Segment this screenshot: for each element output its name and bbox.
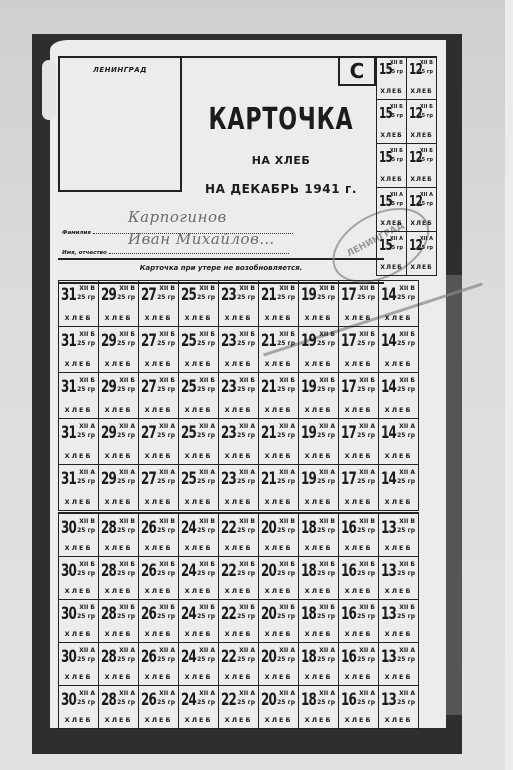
coupon-product: ХЛЕБ xyxy=(59,544,98,552)
coupon-weight: 25 гр xyxy=(77,478,95,485)
coupon-series: XII Б xyxy=(159,561,175,568)
coupon-weight: 25 гр xyxy=(418,113,433,119)
coupon-weight: 25 гр xyxy=(117,340,135,347)
coupon-series: XII Б xyxy=(319,331,335,338)
coupon-product: ХЛЕБ xyxy=(219,314,258,322)
coupon-day: 23 xyxy=(221,423,236,443)
coupon-weight: 25 гр xyxy=(237,340,255,347)
coupon-day: 25 xyxy=(181,377,196,397)
coupon-series: XII В xyxy=(319,285,335,292)
coupon-product: ХЛЕБ xyxy=(339,498,378,506)
coupon-series: XII А xyxy=(79,423,95,430)
coupon-day: 21 xyxy=(261,377,276,397)
coupon-day: 23 xyxy=(221,469,236,489)
coupon-day: 18 xyxy=(301,604,316,624)
coupon-product: ХЛЕБ xyxy=(379,630,418,638)
bread-coupon: 20XII А25 грХЛЕБ xyxy=(259,686,299,729)
coupon-series: XII Б xyxy=(390,148,403,154)
coupon-weight: 25 гр xyxy=(77,340,95,347)
coupon-series: XII Б xyxy=(119,331,135,338)
coupon-product: ХЛЕБ xyxy=(339,406,378,414)
coupon-day: 31 xyxy=(61,285,76,305)
coupon-product: ХЛЕБ xyxy=(139,406,178,414)
coupon-weight: 25 гр xyxy=(197,613,215,620)
bread-coupon: 15XII А25 грХЛЕБ xyxy=(377,188,407,232)
coupon-weight: 25 гр xyxy=(237,294,255,301)
coupon-product: ХЛЕБ xyxy=(179,314,218,322)
coupon-series: XII А xyxy=(199,469,215,476)
coupon-series: XII А xyxy=(420,192,433,198)
coupon-product: ХЛЕБ xyxy=(179,406,218,414)
coupon-series: XII Б xyxy=(79,604,95,611)
coupon-weight: 25 гр xyxy=(317,386,335,393)
coupon-day: 28 xyxy=(101,604,116,624)
coupon-series: XII А xyxy=(199,423,215,430)
coupon-series: XII А xyxy=(359,690,375,697)
coupon-series: XII А xyxy=(159,690,175,697)
coupon-series: XII Б xyxy=(359,331,375,338)
coupon-series: XII А xyxy=(399,690,415,697)
coupon-day: 13 xyxy=(381,690,396,710)
coupon-weight: 25 гр xyxy=(357,386,375,393)
coupon-day: 22 xyxy=(221,561,236,581)
coupon-series: XII В xyxy=(159,285,175,292)
coupon-weight: 25 гр xyxy=(197,386,215,393)
name-label: Имя, отчество xyxy=(62,250,107,256)
coupon-weight: 25 гр xyxy=(277,432,295,439)
bread-coupon: 29XII А25 грХЛЕБ xyxy=(99,465,139,511)
coupon-product: ХЛЕБ xyxy=(179,630,218,638)
coupon-series: XII Б xyxy=(390,104,403,110)
coupon-weight: 25 гр xyxy=(157,699,175,706)
coupon-product: ХЛЕБ xyxy=(379,314,418,322)
coupon-product: ХЛЕБ xyxy=(379,406,418,414)
coupon-series: XII А xyxy=(239,647,255,654)
coupon-product: ХЛЕБ xyxy=(259,314,298,322)
coupon-day: 29 xyxy=(101,423,116,443)
coupon-series: XII А xyxy=(319,690,335,697)
coupon-product: ХЛЕБ xyxy=(139,716,178,724)
coupon-day: 24 xyxy=(181,690,196,710)
coupon-series: XII А xyxy=(399,469,415,476)
coupon-product: ХЛЕБ xyxy=(219,587,258,595)
coupon-day: 26 xyxy=(141,518,156,538)
coupon-day: 22 xyxy=(221,647,236,667)
bread-coupon: 19XII В25 грХЛЕБ xyxy=(299,281,339,327)
coupon-weight: 25 гр xyxy=(357,478,375,485)
coupon-product: ХЛЕБ xyxy=(139,360,178,368)
coupon-series: XII А xyxy=(79,647,95,654)
coupon-product: ХЛЕБ xyxy=(59,630,98,638)
coupon-day: 20 xyxy=(261,518,276,538)
coupon-product: ХЛЕБ xyxy=(59,498,98,506)
coupon-day: 16 xyxy=(341,561,356,581)
bread-coupon: 24XII В25 грХЛЕБ xyxy=(179,514,219,557)
bread-coupon: 14XII В25 грХЛЕБ xyxy=(379,281,419,327)
coupon-series: XII Б xyxy=(199,377,215,384)
coupon-product: ХЛЕБ xyxy=(219,716,258,724)
coupon-series: XII Б xyxy=(399,331,415,338)
bread-coupon: 31XII В25 грХЛЕБ xyxy=(59,281,99,327)
coupon-product: ХЛЕБ xyxy=(139,630,178,638)
bread-coupon: 16XII В25 грХЛЕБ xyxy=(339,514,379,557)
coupon-weight: 25 гр xyxy=(317,699,335,706)
coupon-product: ХЛЕБ xyxy=(99,498,138,506)
coupon-day: 26 xyxy=(141,604,156,624)
coupon-weight: 25 гр xyxy=(397,527,415,534)
coupon-series: XII А xyxy=(319,469,335,476)
coupon-weight: 25 гр xyxy=(157,340,175,347)
coupon-day: 21 xyxy=(261,469,276,489)
bread-coupon: 22XII А25 грХЛЕБ xyxy=(219,643,259,686)
coupon-day: 26 xyxy=(141,561,156,581)
bread-coupon: 22XII Б25 грХЛЕБ xyxy=(219,600,259,643)
bread-coupon: 27XII Б25 грХЛЕБ xyxy=(139,373,179,419)
coupon-day: 17 xyxy=(341,423,356,443)
coupon-series: XII А xyxy=(239,423,255,430)
coupon-series: XII А xyxy=(79,690,95,697)
coupon-weight: 25 гр xyxy=(388,69,403,75)
coupon-day: 24 xyxy=(181,561,196,581)
coupon-series: XII Б xyxy=(159,377,175,384)
coupon-weight: 25 гр xyxy=(197,478,215,485)
coupon-weight: 25 гр xyxy=(77,527,95,534)
coupon-product: ХЛЕБ xyxy=(179,452,218,460)
bread-coupon: 23XII А25 грХЛЕБ xyxy=(219,419,259,465)
coupon-product: ХЛЕБ xyxy=(99,673,138,681)
coupon-weight: 25 гр xyxy=(277,340,295,347)
coupon-product: ХЛЕБ xyxy=(379,452,418,460)
card-title: КАРТОЧКА xyxy=(203,102,359,137)
coupon-product: ХЛЕБ xyxy=(59,314,98,322)
coupon-weight: 25 гр xyxy=(277,613,295,620)
coupon-weight: 25 гр xyxy=(418,69,433,75)
bread-coupon: 13XII В25 грХЛЕБ xyxy=(379,514,419,557)
coupon-series: XII Б xyxy=(199,604,215,611)
bread-coupon: 14XII Б25 грХЛЕБ xyxy=(379,327,419,373)
coupon-product: ХЛЕБ xyxy=(59,587,98,595)
coupon-weight: 25 гр xyxy=(397,699,415,706)
coupon-day: 31 xyxy=(61,377,76,397)
bread-coupon: 29XII А25 грХЛЕБ xyxy=(99,419,139,465)
coupon-series: XII Б xyxy=(79,331,95,338)
coupon-weight: 25 гр xyxy=(397,340,415,347)
coupon-weight: 25 гр xyxy=(77,570,95,577)
coupon-product: ХЛЕБ xyxy=(99,544,138,552)
coupon-day: 28 xyxy=(101,690,116,710)
coupon-weight: 25 гр xyxy=(357,294,375,301)
coupon-weight: 25 гр xyxy=(157,656,175,663)
bread-coupon: 16XII А25 грХЛЕБ xyxy=(339,643,379,686)
coupon-series: XII В xyxy=(420,60,433,66)
coupon-weight: 25 гр xyxy=(77,294,95,301)
coupon-day: 20 xyxy=(261,690,276,710)
coupon-weight: 25 гр xyxy=(237,478,255,485)
coupon-series: XII А xyxy=(399,423,415,430)
coupon-product: ХЛЕБ xyxy=(179,716,218,724)
bread-coupon: 16XII А25 грХЛЕБ xyxy=(339,686,379,729)
coupon-day: 14 xyxy=(381,469,396,489)
bread-coupon: 13XII Б25 грХЛЕБ xyxy=(379,600,419,643)
coupon-series: XII Б xyxy=(159,604,175,611)
bread-coupon: 14XII А25 грХЛЕБ xyxy=(379,419,419,465)
coupon-day: 16 xyxy=(341,647,356,667)
coupon-series: XII Б xyxy=(239,377,255,384)
coupon-day: 27 xyxy=(141,423,156,443)
coupon-product: ХЛЕБ xyxy=(59,360,98,368)
bread-coupon: 19XII Б25 грХЛЕБ xyxy=(299,327,339,373)
bread-coupon: 26XII Б25 грХЛЕБ xyxy=(139,600,179,643)
coupon-series: XII А xyxy=(359,469,375,476)
coupon-day: 25 xyxy=(181,331,196,351)
coupon-day: 24 xyxy=(181,604,196,624)
coupon-series: XII А xyxy=(279,690,295,697)
bread-coupon: 31XII А25 грХЛЕБ xyxy=(59,419,99,465)
coupon-day: 27 xyxy=(141,469,156,489)
bread-coupon: 28XII А25 грХЛЕБ xyxy=(99,643,139,686)
coupon-series: XII А xyxy=(319,647,335,654)
coupon-day: 28 xyxy=(101,561,116,581)
bread-coupon: 26XII В25 грХЛЕБ xyxy=(139,514,179,557)
coupon-weight: 25 гр xyxy=(197,570,215,577)
coupon-series: XII А xyxy=(279,423,295,430)
coupon-weight: 25 гр xyxy=(237,570,255,577)
coupon-day: 30 xyxy=(61,647,76,667)
coupon-day: 27 xyxy=(141,377,156,397)
coupon-day: 30 xyxy=(61,561,76,581)
bread-coupon: 25XII Б25 грХЛЕБ xyxy=(179,327,219,373)
coupon-weight: 25 гр xyxy=(357,527,375,534)
coupon-product: ХЛЕБ xyxy=(219,498,258,506)
coupon-weight: 25 гр xyxy=(237,699,255,706)
bread-coupon: 21XII В25 грХЛЕБ xyxy=(259,281,299,327)
coupon-day: 20 xyxy=(261,561,276,581)
bread-coupon: 30XII В25 грХЛЕБ xyxy=(59,514,99,557)
coupon-day: 16 xyxy=(341,604,356,624)
bread-coupon: 29XII Б25 грХЛЕБ xyxy=(99,373,139,419)
bread-coupon: 16XII Б25 грХЛЕБ xyxy=(339,600,379,643)
coupon-weight: 25 гр xyxy=(117,656,135,663)
coupon-weight: 25 гр xyxy=(157,432,175,439)
coupon-product: ХЛЕБ xyxy=(377,220,406,227)
coupon-series: XII А xyxy=(159,423,175,430)
coupon-series: XII А xyxy=(239,690,255,697)
coupon-series: XII Б xyxy=(119,377,135,384)
coupon-weight: 25 гр xyxy=(197,432,215,439)
coupon-series: XII Б xyxy=(239,604,255,611)
photo-box: ЛЕНИНГРАД xyxy=(58,58,182,192)
coupon-day: 27 xyxy=(141,285,156,305)
coupon-series: XII Б xyxy=(359,377,375,384)
coupon-weight: 25 гр xyxy=(197,527,215,534)
coupon-day: 21 xyxy=(261,331,276,351)
coupon-product: ХЛЕБ xyxy=(219,673,258,681)
coupon-product: ХЛЕБ xyxy=(339,630,378,638)
coupon-day: 19 xyxy=(301,377,316,397)
name-handwritten: Иван Михайлов… xyxy=(128,230,275,248)
coupon-product: ХЛЕБ xyxy=(219,406,258,414)
coupon-weight: 25 гр xyxy=(277,527,295,534)
coupon-day: 25 xyxy=(181,423,196,443)
coupon-day: 31 xyxy=(61,331,76,351)
coupon-product: ХЛЕБ xyxy=(299,498,338,506)
coupon-weight: 25 гр xyxy=(388,113,403,119)
coupon-day: 13 xyxy=(381,561,396,581)
coupon-series: XII Б xyxy=(279,331,295,338)
bread-coupon: 12XII Б25 грХЛЕБ xyxy=(407,100,437,144)
bread-coupon: 30XII А25 грХЛЕБ xyxy=(59,686,99,729)
coupon-product: ХЛЕБ xyxy=(407,264,436,271)
bread-coupon: 18XII Б25 грХЛЕБ xyxy=(299,600,339,643)
surname-label: Фамилия xyxy=(62,230,91,236)
coupon-weight: 25 гр xyxy=(77,432,95,439)
coupon-product: ХЛЕБ xyxy=(259,360,298,368)
bread-coupon: 12XII А25 грХЛЕБ xyxy=(407,188,437,232)
coupon-product: ХЛЕБ xyxy=(407,132,436,139)
coupon-series: XII Б xyxy=(79,561,95,568)
bread-coupon: 31XII Б25 грХЛЕБ xyxy=(59,327,99,373)
coupon-series: XII А xyxy=(420,236,433,242)
coupon-weight: 25 гр xyxy=(317,570,335,577)
coupon-weight: 25 гр xyxy=(397,294,415,301)
bread-coupon: 28XII Б25 грХЛЕБ xyxy=(99,600,139,643)
coupon-weight: 25 гр xyxy=(237,386,255,393)
coupon-weight: 25 гр xyxy=(197,699,215,706)
coupon-day: 14 xyxy=(381,331,396,351)
coupon-weight: 25 гр xyxy=(317,527,335,534)
coupon-weight: 25 гр xyxy=(117,386,135,393)
coupon-day: 28 xyxy=(101,518,116,538)
coupon-series: XII Б xyxy=(199,331,215,338)
coupon-series: XII В xyxy=(399,518,415,525)
bread-coupon: 24XII А25 грХЛЕБ xyxy=(179,686,219,729)
coupon-series: XII Б xyxy=(420,148,433,154)
coupon-weight: 25 гр xyxy=(397,656,415,663)
coupon-day: 30 xyxy=(61,690,76,710)
coupon-weight: 25 гр xyxy=(197,340,215,347)
bread-coupon: 18XII А25 грХЛЕБ xyxy=(299,686,339,729)
coupon-day: 16 xyxy=(341,518,356,538)
bread-coupon: 21XII Б25 грХЛЕБ xyxy=(259,373,299,419)
coupon-series: XII В xyxy=(79,518,95,525)
bread-coupon: 27XII Б25 грХЛЕБ xyxy=(139,327,179,373)
coupon-day: 30 xyxy=(61,518,76,538)
bread-coupon: 12XII Б25 грХЛЕБ xyxy=(407,144,437,188)
coupon-product: ХЛЕБ xyxy=(259,452,298,460)
coupon-weight: 25 гр xyxy=(157,294,175,301)
coupon-weight: 25 гр xyxy=(397,432,415,439)
bread-coupon: 13XII Б25 грХЛЕБ xyxy=(379,557,419,600)
bread-coupon: 23XII В25 грХЛЕБ xyxy=(219,281,259,327)
coupon-product: ХЛЕБ xyxy=(339,544,378,552)
bread-coupon: 12XII А25 грХЛЕБ xyxy=(407,232,437,276)
coupon-product: ХЛЕБ xyxy=(377,176,406,183)
coupon-series: XII В xyxy=(159,518,175,525)
coupon-series: XII А xyxy=(279,469,295,476)
coupon-product: ХЛЕБ xyxy=(339,452,378,460)
coupon-product: ХЛЕБ xyxy=(407,220,436,227)
coupon-series: XII А xyxy=(79,469,95,476)
coupon-series: XII Б xyxy=(279,604,295,611)
coupon-day: 29 xyxy=(101,469,116,489)
coupon-day: 14 xyxy=(381,377,396,397)
bread-coupon: 31XII А25 грХЛЕБ xyxy=(59,465,99,511)
category-badge: С xyxy=(338,58,376,86)
bread-coupon: 30XII А25 грХЛЕБ xyxy=(59,643,99,686)
bread-coupon: 25XII Б25 грХЛЕБ xyxy=(179,373,219,419)
bread-coupon: 18XII В25 грХЛЕБ xyxy=(299,514,339,557)
bread-coupon: 20XII Б25 грХЛЕБ xyxy=(259,600,299,643)
bread-coupon: 15XII Б25 грХЛЕБ xyxy=(377,100,407,144)
coupon-product: ХЛЕБ xyxy=(179,587,218,595)
coupon-product: ХЛЕБ xyxy=(299,716,338,724)
coupon-weight: 25 гр xyxy=(388,245,403,251)
coupon-product: ХЛЕБ xyxy=(259,716,298,724)
coupon-series: XII В xyxy=(239,285,255,292)
coupon-product: ХЛЕБ xyxy=(299,314,338,322)
coupon-day: 24 xyxy=(181,647,196,667)
coupon-day: 17 xyxy=(341,285,356,305)
bread-coupon: 23XII Б25 грХЛЕБ xyxy=(219,373,259,419)
coupon-product: ХЛЕБ xyxy=(99,452,138,460)
coupon-series: XII Б xyxy=(399,604,415,611)
coupon-product: ХЛЕБ xyxy=(139,673,178,681)
coupon-series: XII Б xyxy=(359,604,375,611)
coupon-day: 17 xyxy=(341,331,356,351)
coupon-series: XII Б xyxy=(239,331,255,338)
coupon-day: 27 xyxy=(141,331,156,351)
coupon-series: XII Б xyxy=(119,561,135,568)
coupon-day: 26 xyxy=(141,647,156,667)
coupon-series: XII А xyxy=(239,469,255,476)
coupon-grid-even-days: 30XII В25 грХЛЕБ28XII В25 грХЛЕБ26XII В2… xyxy=(58,512,419,729)
coupon-series: XII Б xyxy=(199,561,215,568)
coupon-weight: 25 гр xyxy=(357,613,375,620)
coupon-series: XII А xyxy=(279,647,295,654)
bread-coupon: 20XII В25 грХЛЕБ xyxy=(259,514,299,557)
city-label: ЛЕНИНГРАД xyxy=(60,66,180,74)
bread-coupon: 28XII А25 грХЛЕБ xyxy=(99,686,139,729)
coupon-series: XII А xyxy=(390,192,403,198)
coupon-product: ХЛЕБ xyxy=(99,314,138,322)
coupon-day: 29 xyxy=(101,285,116,305)
coupon-series: XII В xyxy=(279,518,295,525)
bread-coupon: 22XII Б25 грХЛЕБ xyxy=(219,557,259,600)
coupon-series: XII В xyxy=(239,518,255,525)
coupon-weight: 25 гр xyxy=(197,656,215,663)
bread-coupon: 29XII Б25 грХЛЕБ xyxy=(99,327,139,373)
bread-coupon: 31XII Б25 грХЛЕБ xyxy=(59,373,99,419)
coupon-product: ХЛЕБ xyxy=(219,452,258,460)
coupon-series: XII А xyxy=(199,647,215,654)
coupon-product: ХЛЕБ xyxy=(339,360,378,368)
coupon-product: ХЛЕБ xyxy=(379,360,418,368)
bread-coupon: 17XII В25 грХЛЕБ xyxy=(339,281,379,327)
bread-coupon: 17XII Б25 грХЛЕБ xyxy=(339,327,379,373)
coupon-day: 29 xyxy=(101,331,116,351)
coupon-weight: 25 гр xyxy=(197,294,215,301)
coupon-weight: 25 гр xyxy=(317,656,335,663)
coupon-weight: 25 гр xyxy=(117,613,135,620)
coupon-series: XII Б xyxy=(279,561,295,568)
coupon-product: ХЛЕБ xyxy=(407,176,436,183)
coupon-weight: 25 гр xyxy=(357,340,375,347)
coupon-product: ХЛЕБ xyxy=(339,587,378,595)
coupon-day: 23 xyxy=(221,285,236,305)
coupon-product: ХЛЕБ xyxy=(59,716,98,724)
book-page-edge xyxy=(505,0,513,770)
coupon-series: XII В xyxy=(199,285,215,292)
